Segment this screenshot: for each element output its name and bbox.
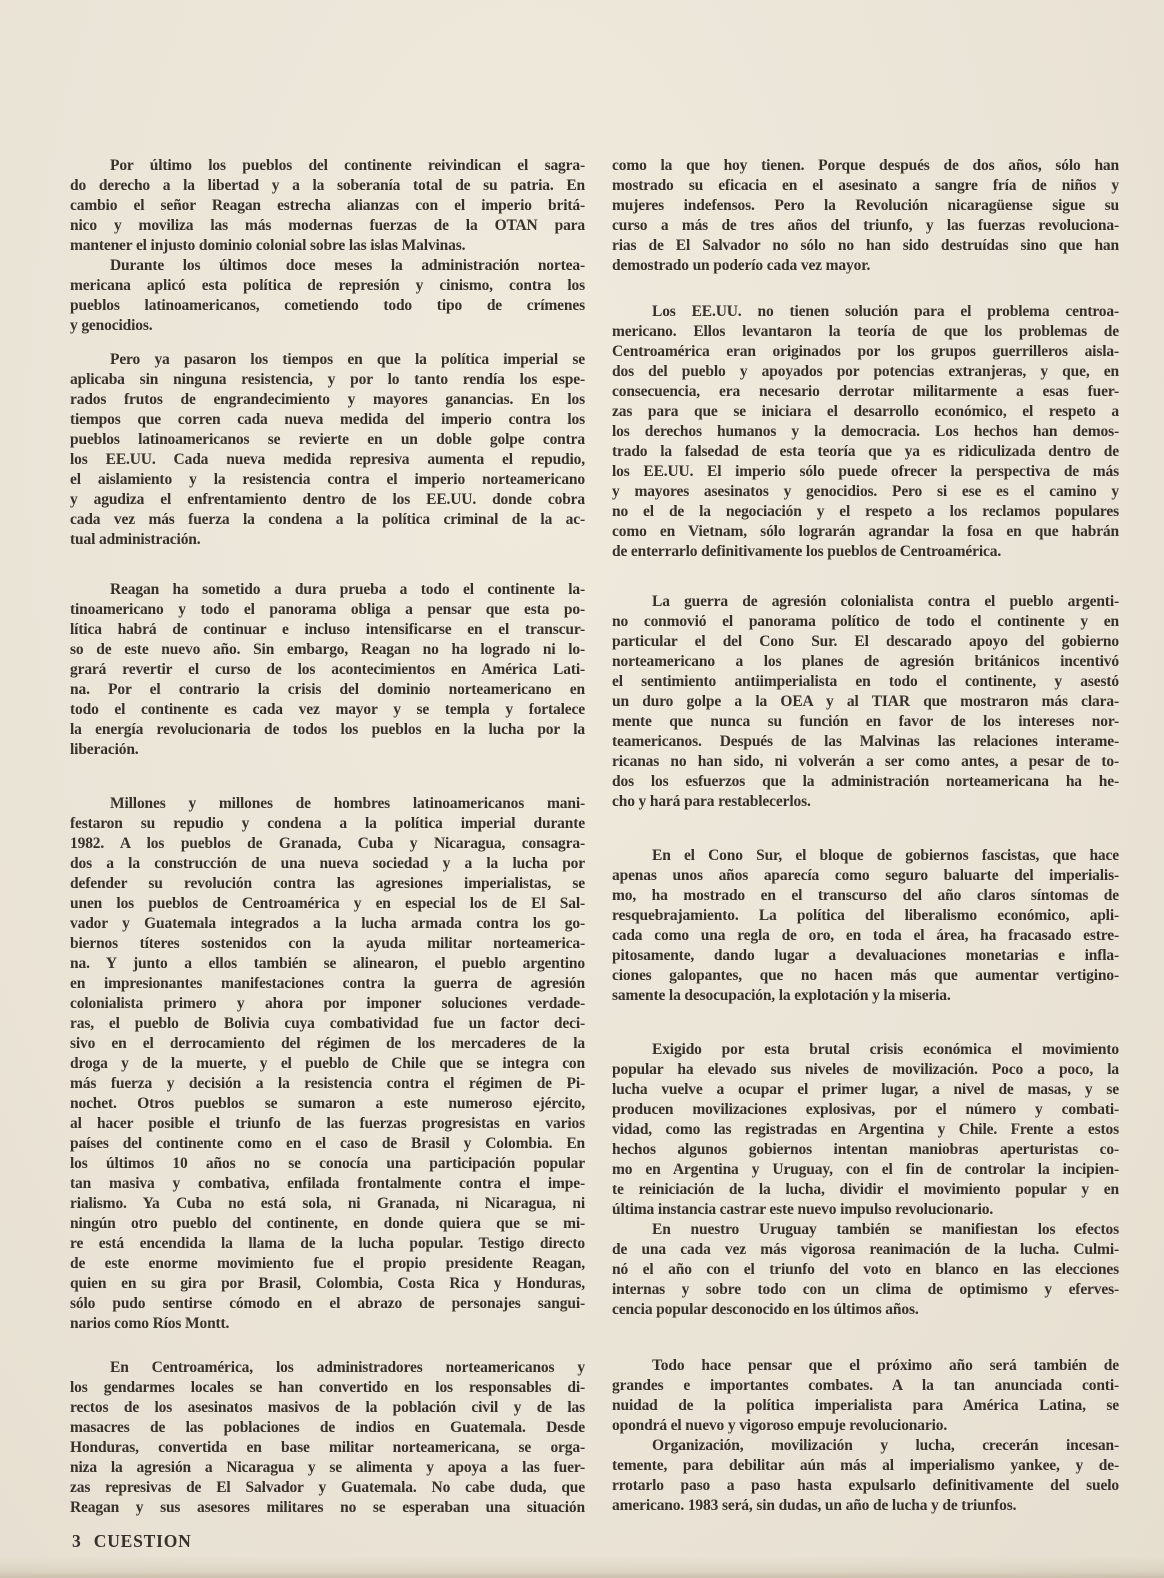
page-number: 3 xyxy=(72,1531,81,1551)
text-line: vidad, como las registradas en Argentina… xyxy=(612,1120,1119,1140)
text-line: Pero ya pasaron los tiempos en que la po… xyxy=(70,350,585,370)
text-line: mo, ha mostrado en el transcurso del año… xyxy=(612,886,1119,906)
text-line: pueblos latinoamericanos se revierte en … xyxy=(70,430,585,450)
text-line: de enterrarlo definitivamente los pueblo… xyxy=(612,542,1119,562)
text-line: nuidad de la política imperialista para … xyxy=(612,1396,1119,1416)
text-line: mente que nunca su función en favor de l… xyxy=(612,712,1119,732)
text-line: 1982. A los pueblos de Granada, Cuba y N… xyxy=(70,834,585,854)
text-line: samente la desocupación, la explotación … xyxy=(612,986,1119,1006)
text-line: y agudiza el enfrentamiento dentro de lo… xyxy=(70,490,585,510)
text-line: al hacer posible el triunfo de las fuerz… xyxy=(70,1114,585,1134)
text-line: grará revertir el curso de los acontecim… xyxy=(70,660,585,680)
text-line: do derecho a la libertad y a la soberaní… xyxy=(70,176,585,196)
text-line: rias de El Salvador no sólo no han sido … xyxy=(612,236,1119,256)
text-line: droga y de la muerte, y el pueblo de Chi… xyxy=(70,1054,585,1074)
text-line: Honduras, convertida en base militar nor… xyxy=(70,1438,585,1458)
paragraph: Millones y millones de hombres latinoame… xyxy=(70,794,585,1334)
text-line: quien en su gira por Brasil, Colombia, C… xyxy=(70,1274,585,1294)
text-line: Millones y millones de hombres latinoame… xyxy=(70,794,585,814)
text-line: niza la agresión a Nicaragua y se alimen… xyxy=(70,1458,585,1478)
text-line: pitosamente, dando lugar a devaluaciones… xyxy=(612,946,1119,966)
text-line: americano. 1983 será, sin dudas, un año … xyxy=(612,1496,1119,1516)
text-line: ciones galopantes, que no hacen más que … xyxy=(612,966,1119,986)
text-line: producen movilizaciones explosivas, por … xyxy=(612,1100,1119,1120)
text-line: cho y hará para restablecerlos. xyxy=(612,792,1119,812)
text-line: tiempos que corren cada nueva medida del… xyxy=(70,410,585,430)
text-line: todo el continente es cada vez mayor y s… xyxy=(70,700,585,720)
paragraph: La guerra de agresión colonialista contr… xyxy=(612,592,1119,812)
text-line: biernos títeres sostenidos con la ayuda … xyxy=(70,934,585,954)
text-line: cada vez más fuerza la condena a la polí… xyxy=(70,510,585,530)
text-line: nochet. Otros pueblos se sumaron a este … xyxy=(70,1094,585,1114)
paragraph: En el Cono Sur, el bloque de gobiernos f… xyxy=(612,846,1119,1006)
text-line: el sentimiento antiimperialista en todo … xyxy=(612,672,1119,692)
text-line: narios como Ríos Montt. xyxy=(70,1314,585,1334)
text-line: mantener el injusto dominio colonial sob… xyxy=(70,236,585,256)
text-line: países del continente como en el caso de… xyxy=(70,1134,585,1154)
text-line: so de este nuevo año. Sin embargo, Reaga… xyxy=(70,640,585,660)
text-line: ras, el pueblo de Bolivia cuya combativi… xyxy=(70,1014,585,1034)
text-line: tinoamericano y todo el panorama obliga … xyxy=(70,600,585,620)
text-line: Por último los pueblos del continente re… xyxy=(70,156,585,176)
text-line: grandes e importantes combates. A la tan… xyxy=(612,1376,1119,1396)
text-line: lítica habrá de continuar e incluso inte… xyxy=(70,620,585,640)
text-line: festaron su repudio y condena a la polít… xyxy=(70,814,585,834)
text-line: lucha vuelve a ocupar el primer lugar, a… xyxy=(612,1080,1119,1100)
text-line: En el Cono Sur, el bloque de gobiernos f… xyxy=(612,846,1119,866)
text-line: temente, para debilitar aún más al imper… xyxy=(612,1456,1119,1476)
text-line: popular ha elevado sus niveles de movili… xyxy=(612,1060,1119,1080)
magazine-page: Por último los pueblos del continente re… xyxy=(0,0,1164,1578)
text-line: de este enorme movimiento fue el propio … xyxy=(70,1254,585,1274)
paragraph: Durante los últimos doce meses la admini… xyxy=(70,256,585,336)
text-line: los últimos 10 años no se conocía una pa… xyxy=(70,1154,585,1174)
text-line: rrotarlo paso a paso hasta expulsarlo de… xyxy=(612,1476,1119,1496)
text-line: tan masiva y combativa, enfilada frontal… xyxy=(70,1174,585,1194)
text-line: Todo hace pensar que el próximo año será… xyxy=(612,1356,1119,1376)
text-line: consecuencia, era necesario derrotar mil… xyxy=(612,382,1119,402)
text-line: mo en Argentina y Uruguay, con el fin de… xyxy=(612,1160,1119,1180)
text-line: na. Y junto a ellos también se alinearon… xyxy=(70,954,585,974)
text-line: rados frutos de engrandecimiento y mayor… xyxy=(70,390,585,410)
paragraph: Los EE.UU. no tienen solución para el pr… xyxy=(612,302,1119,562)
text-line: como la que hoy tienen. Porque después d… xyxy=(612,156,1119,176)
text-line: Reagan y sus asesores militares no se es… xyxy=(70,1498,585,1518)
text-line: y genocidios. xyxy=(70,316,585,336)
text-line: particular el del Cono Sur. El descarado… xyxy=(612,632,1119,652)
paragraph: Reagan ha sometido a dura prueba a todo … xyxy=(70,580,585,760)
text-line: más fuerza y decisión a la resistencia c… xyxy=(70,1074,585,1094)
text-line: y mayores asesinatos y genocidios. Pero … xyxy=(612,482,1119,502)
text-line: sivo en el derrocamiento del régimen de … xyxy=(70,1034,585,1054)
text-line: nó el año con el triunfo del voto en bla… xyxy=(612,1260,1119,1280)
text-line: el aislamiento y la resistencia contra e… xyxy=(70,470,585,490)
text-line: última instancia castrar este nuevo impu… xyxy=(612,1200,1119,1220)
right-text-column: como la que hoy tienen. Porque después d… xyxy=(612,156,1119,1516)
text-line: pueblos latinoamericanos, cometiendo tod… xyxy=(70,296,585,316)
text-line: en impresionantes manifestaciones contra… xyxy=(70,974,585,994)
text-line: En Centroamérica, los administradores no… xyxy=(70,1358,585,1378)
text-line: Organización, movilización y lucha, crec… xyxy=(612,1436,1119,1456)
text-line: defender su revolución contra las agresi… xyxy=(70,874,585,894)
text-line: masacres de las poblaciones de indios en… xyxy=(70,1418,585,1438)
text-line: no el de la negociación y el respeto a l… xyxy=(612,502,1119,522)
text-line: los gendarmes locales se han convertido … xyxy=(70,1378,585,1398)
paragraph: como la que hoy tienen. Porque después d… xyxy=(612,156,1119,276)
paragraph: En nuestro Uruguay también se manifiesta… xyxy=(612,1220,1119,1320)
text-line: demostrado un poderío cada vez mayor. xyxy=(612,256,1119,276)
text-line: rectos de los asesinatos masivos de la p… xyxy=(70,1398,585,1418)
text-line: La guerra de agresión colonialista contr… xyxy=(612,592,1119,612)
text-line: En nuestro Uruguay también se manifiesta… xyxy=(612,1220,1119,1240)
text-line: los derechos humanos y la democracia. Lo… xyxy=(612,422,1119,442)
text-line: sólo pudo sentirse cómodo en el abrazo d… xyxy=(70,1294,585,1314)
text-line: mujeres indefensos. Pero la Revolución n… xyxy=(612,196,1119,216)
text-line: norteamericano a los planes de agresión … xyxy=(612,652,1119,672)
text-line: dos los esfuerzos que la administración … xyxy=(612,772,1119,792)
text-line: hechos algunos gobiernos intentan maniob… xyxy=(612,1140,1119,1160)
text-line: vador y Guatemala integrados a la lucha … xyxy=(70,914,585,934)
text-line: Centroamérica eran originados por los gr… xyxy=(612,342,1119,362)
text-line: resquebrajamiento. La política del liber… xyxy=(612,906,1119,926)
paragraph: Pero ya pasaron los tiempos en que la po… xyxy=(70,350,585,550)
text-line: cencia popular desconocido en los último… xyxy=(612,1300,1119,1320)
text-line: liberación. xyxy=(70,740,585,760)
text-line: mericano. Ellos levantaron la teoría de … xyxy=(612,322,1119,342)
text-line: Los EE.UU. no tienen solución para el pr… xyxy=(612,302,1119,322)
text-line: un duro golpe a la OEA y al TIAR que mos… xyxy=(612,692,1119,712)
text-line: teamericanos. Después de las Malvinas la… xyxy=(612,732,1119,752)
text-line: Durante los últimos doce meses la admini… xyxy=(70,256,585,276)
text-line: te reiniciación de la lucha, dividir el … xyxy=(612,1180,1119,1200)
text-line: ningún otro pueblo del continente, en do… xyxy=(70,1214,585,1234)
text-line: dos del pueblo y apoyados por potencias … xyxy=(612,362,1119,382)
text-line: tual administración. xyxy=(70,530,585,550)
paragraph: Por último los pueblos del continente re… xyxy=(70,156,585,256)
text-line: colonialista primero y ahora por imponer… xyxy=(70,994,585,1014)
text-line: cada como una regla de oro, en toda el á… xyxy=(612,926,1119,946)
text-line: apenas unos años aparecía como seguro ba… xyxy=(612,866,1119,886)
text-line: curso a más de tres años del triunfo, y … xyxy=(612,216,1119,236)
magazine-title: CUESTION xyxy=(94,1531,192,1551)
text-line: zas represivas de El Salvador y Guatemal… xyxy=(70,1478,585,1498)
paragraph: Organización, movilización y lucha, crec… xyxy=(612,1436,1119,1516)
text-line: los EE.UU. El imperio sólo puede ofrecer… xyxy=(612,462,1119,482)
text-line: mostrado su eficacia en el asesinato a s… xyxy=(612,176,1119,196)
text-line: de una cada vez más vigorosa reanimación… xyxy=(612,1240,1119,1260)
text-line: na. Por el contrario la crisis del domin… xyxy=(70,680,585,700)
text-line: opondrá el nuevo y vigoroso empuje revol… xyxy=(612,1416,1119,1436)
text-line: mericana aplicó esta política de represi… xyxy=(70,276,585,296)
text-line: internas y sobre todo con un clima de op… xyxy=(612,1280,1119,1300)
text-line: trado la falsedad de esta teoría que ya … xyxy=(612,442,1119,462)
text-line: aplicaba sin ninguna resistencia, y por … xyxy=(70,370,585,390)
page-footer: 3CUESTION xyxy=(72,1531,192,1552)
text-line: Exigido por esta brutal crisis económica… xyxy=(612,1040,1119,1060)
text-line: nico y moviliza las más modernas fuerzas… xyxy=(70,216,585,236)
text-line: rialismo. Ya Cuba no está sola, ni Grana… xyxy=(70,1194,585,1214)
text-line: re está encendida la llama de la lucha p… xyxy=(70,1234,585,1254)
text-line: unen los pueblos de Centroamérica y en e… xyxy=(70,894,585,914)
paragraph: Todo hace pensar que el próximo año será… xyxy=(612,1356,1119,1436)
text-line: Reagan ha sometido a dura prueba a todo … xyxy=(70,580,585,600)
text-line: zas para que se iniciara el desarrollo e… xyxy=(612,402,1119,422)
text-line: como en Vietnam, sólo lograrán agrandar … xyxy=(612,522,1119,542)
text-line: no conmovió el panorama político de todo… xyxy=(612,612,1119,632)
text-line: cambio el señor Reagan estrecha alianzas… xyxy=(70,196,585,216)
paragraph: Exigido por esta brutal crisis económica… xyxy=(612,1040,1119,1220)
text-line: los EE.UU. Cada nueva medida represiva a… xyxy=(70,450,585,470)
left-text-column: Por último los pueblos del continente re… xyxy=(70,156,585,1518)
text-line: ricanas no han sido, ni volverán a ser c… xyxy=(612,752,1119,772)
text-line: la energía revolucionaria de todos los p… xyxy=(70,720,585,740)
text-line: dos a la construcción de una nueva socie… xyxy=(70,854,585,874)
paragraph: En Centroamérica, los administradores no… xyxy=(70,1358,585,1518)
